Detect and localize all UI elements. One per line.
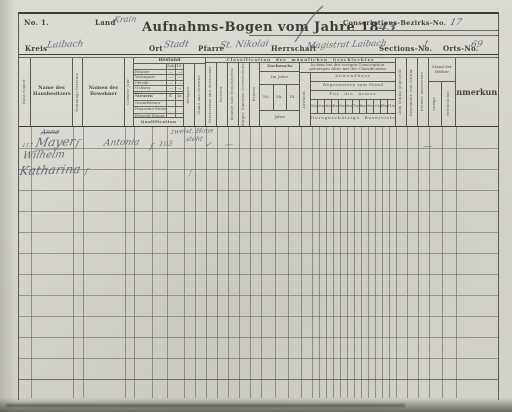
bestand-row-value: — <box>166 81 175 86</box>
age-label: 2te <box>318 104 324 109</box>
row1-owner-name: Mayer <box>34 134 77 150</box>
column-strangers: Fremde Anwesende <box>418 58 429 126</box>
age-group-top: In dem bei der vorigen Conscription gehö… <box>300 63 395 73</box>
column-house-number: Haus-Numer <box>19 58 31 126</box>
age-label: 4te <box>332 104 338 109</box>
women-col-single: Ledige <box>429 82 442 126</box>
age-label: 1te <box>311 104 317 109</box>
bestand-tax-col1: fl. <box>166 94 175 100</box>
bestand-upper-corner <box>134 64 166 69</box>
column-growth-label: Zuwachs <box>303 91 307 109</box>
row1-inhabitant-name: Antonia <box>103 137 141 148</box>
land-value-handwritten: Krain <box>113 15 137 25</box>
grid-row-line <box>19 274 498 275</box>
age-cell: 4te <box>332 100 339 113</box>
column-religion-label: Religion <box>187 87 191 104</box>
age-cell: 9te <box>367 100 374 113</box>
bestand-upper-col2: 18.. <box>175 64 183 69</box>
age-group-row3: Für die Armee <box>311 91 395 100</box>
age-group-row1: Anwendbare <box>311 73 395 82</box>
class-col-officials-label: Beamte und Honoratioren <box>231 68 235 120</box>
age-cell: Ehr <box>381 100 388 113</box>
column-religion: Religion <box>184 64 195 126</box>
anmerkung-label: Anmerkung <box>456 87 497 97</box>
conscription-district-value-handwritten: 17 <box>449 18 463 28</box>
bestand-row-value: — <box>175 70 183 75</box>
row1-qualification-line2: steht <box>185 135 203 144</box>
column-stand-label: Stand und Gewerbe <box>198 75 202 115</box>
bestand-tax-cell <box>175 101 183 107</box>
age-label: 9te <box>367 104 373 109</box>
class-col-farmers-label: Bauern <box>253 87 257 101</box>
nachwuchs-year: 18.. <box>276 95 284 100</box>
herrschaft-value-handwritten: Magistrat Laibach <box>306 39 388 52</box>
conscription-age-group: In dem bei der vorigen Conscription gehö… <box>300 63 395 126</box>
women-col-single-label: Ledige <box>433 97 437 111</box>
paper-edge-streak <box>6 404 405 407</box>
row3-owner-name: Katharina <box>18 162 82 178</box>
age-cell: 10te <box>374 100 381 113</box>
bestand-row-value: — <box>175 86 183 91</box>
age-group-footer-label: Altersgeschätzige Reservisten <box>311 116 395 121</box>
grid-row-line <box>19 232 498 233</box>
nachwuchs-sub: Im Jahre <box>260 72 299 85</box>
column-stand: Stand und Gewerbe <box>195 64 205 126</box>
right-block: Zum Militär abgestellt Beurlaubte vom Mi… <box>396 58 498 126</box>
column-strangers-label: Fremde Anwesende <box>421 72 425 111</box>
orts-value-handwritten: 69 <box>470 40 484 50</box>
bestand-row-value: — <box>175 81 183 86</box>
row1-house-number: 117 <box>21 143 33 149</box>
class-col-deceased: Verstorbene und Abwesende <box>206 63 217 126</box>
pfarre-value-handwritten: St. Nikolai <box>219 39 270 51</box>
bestand-tax-row: Hauszins-Steuer <box>134 107 166 113</box>
bestand-tax-cell <box>175 107 183 113</box>
kreis-label: Kreis <box>25 44 47 53</box>
class-col-officials: Beamte und Honoratioren <box>228 63 239 126</box>
age-cell: 3te <box>325 100 332 113</box>
nachwuchs-year: 18.. <box>289 95 297 100</box>
age-label: 10te <box>374 104 381 109</box>
bestand-row-label: Wohnpart. <box>134 75 166 80</box>
nachwuchs-footer: Jahre <box>260 111 299 124</box>
column-dwelling-parties: Wohnungs-Parteien <box>73 58 83 126</box>
age-group-row2-label: Wegzuweisen zum Stand <box>323 83 384 88</box>
age-cell: 6te <box>346 100 353 113</box>
grid-row-line <box>19 253 498 254</box>
bestand-upper-col1: Zahl <box>166 64 175 69</box>
grid-row-line <box>19 190 498 191</box>
age-cell: 5te <box>339 100 346 113</box>
form-border: No. 1. Land Krain Aufnahms-Bogen vom Jah… <box>18 12 499 400</box>
bestand-tax-title: Steuern <box>134 94 166 100</box>
age-label: 5te <box>339 104 345 109</box>
age-label: 11te <box>388 104 395 109</box>
column-inhabitants-label: Namen der Bewohner <box>85 86 122 97</box>
column-furloughed-label: Beurlaubte vom Militär <box>410 69 414 116</box>
conscription-district-box: Conscriptions-Bezirks-No. 17 <box>337 16 498 31</box>
nachwuchs-year-cell: 18.. <box>260 85 273 110</box>
class-col-farmers: Bauern <box>250 63 261 126</box>
column-growth: Zuwachs <box>300 73 311 126</box>
column-furloughed: Beurlaubte vom Militär <box>407 58 418 126</box>
nachwuchs-block: Nachwuchs Im Jahre 18.. 18.. 18.. Jahre <box>260 63 300 126</box>
grid-row-line <box>19 211 498 212</box>
row1-dash-right: — <box>423 142 433 153</box>
bestand-mini-tables: Zahl18.. Häuser—— Wohnpart.—— Pferde—— O… <box>134 64 184 126</box>
table-header: Haus-Numer Name des Hausbesitzers Wohnun… <box>19 58 498 127</box>
body-grid <box>19 127 498 398</box>
age-label: 6te <box>346 104 352 109</box>
age-label: 3te <box>325 104 331 109</box>
class-col-priests: Priester <box>217 63 228 126</box>
form-number: No. 1. <box>24 18 49 27</box>
bestand-title-label: Bestand <box>159 58 181 63</box>
bestand-upper-table: Zahl18.. Häuser—— Wohnpart.—— Pferde—— O… <box>134 64 183 94</box>
nachwuchs-title-label: Nachwuchs <box>267 64 293 69</box>
bestand-row-value: — <box>166 75 175 80</box>
age-label: 8te <box>360 104 366 109</box>
row1-number: 103 <box>158 140 173 148</box>
grid-row-line <box>19 316 498 317</box>
column-birth-year: Geburts-Jahr <box>125 58 134 126</box>
classification-title-label: Classification des männlichen Geschlecht… <box>227 58 375 62</box>
age-label: 7te <box>353 104 359 109</box>
column-owner-name: Name des Hausbesitzers <box>31 58 73 126</box>
age-cell: 11te <box>388 100 395 113</box>
column-house-number-label: Haus-Numer <box>23 79 27 104</box>
women-group-title: Stand der Weiber <box>429 58 455 82</box>
bestand-tax-cell <box>166 101 175 107</box>
bestand-row-label: Häuser <box>134 70 166 75</box>
class-col-burghers-label: Bürger, Künstler, Gewerbsleute <box>242 63 246 126</box>
age-label: Ehr <box>381 104 388 109</box>
bestand-tax-cell <box>166 107 175 113</box>
ort-value-handwritten: Stadt <box>163 40 190 51</box>
age-group-row1-label: Anwendbare <box>335 74 371 79</box>
class-col-deceased-label: Verstorbene und Abwesende <box>209 66 213 123</box>
age-cell: 7te <box>353 100 360 113</box>
bestand-tax-row: Grundsteuer <box>134 101 166 107</box>
paper-edge-shadow-left <box>0 0 16 412</box>
bestand-row-label: Ochsen <box>134 86 166 91</box>
bestand-tax-col2: kr. <box>175 94 183 100</box>
women-group-title-label: Stand der Weiber <box>430 65 455 74</box>
column-military: Zum Militär abgestellt <box>396 58 407 126</box>
nachwuchs-year-cell: 18.. <box>274 85 287 110</box>
age-group-row3-label: Für die Armee <box>329 92 376 97</box>
age-cell: 2te <box>318 100 325 113</box>
column-military-label: Zum Militär abgestellt <box>399 69 403 114</box>
age-group-footer: Altersgeschätzige Reservisten <box>311 114 395 124</box>
grid-row-line <box>19 337 498 338</box>
bestand-row-value: — <box>166 70 175 75</box>
grid-row-line <box>19 169 498 170</box>
bestand-row-value: — <box>175 75 183 80</box>
women-group: Stand der Weiber Ledige Verehelichte <box>429 58 456 126</box>
conscription-district-label: Conscriptions-Bezirks-No. <box>343 19 446 27</box>
bestand-row-label: Pferde <box>134 81 166 86</box>
bestand-row-value: — <box>166 86 175 91</box>
qualification-label: Qualification <box>141 120 177 125</box>
scanned-census-sheet: No. 1. Land Krain Aufnahms-Bogen vom Jah… <box>0 0 512 412</box>
anmerkung-column: Anmerkung <box>456 58 497 126</box>
class-col-burghers: Bürger, Künstler, Gewerbsleute <box>239 63 250 126</box>
column-dwelling-parties-label: Wohnungs-Parteien <box>76 73 80 112</box>
grid-row-line <box>19 379 498 380</box>
women-col-married-label: Verehelichte <box>447 91 451 116</box>
age-cell: 8te <box>360 100 367 113</box>
kreis-value-handwritten: Laibach <box>46 39 85 50</box>
qualification-footer: Qualification <box>134 118 183 126</box>
column-owner-name-label: Name des Hausbesitzers <box>33 86 70 97</box>
column-inhabitants: Namen der Bewohner <box>83 58 125 126</box>
age-group-top-label: In dem bei der vorigen Conscription gehö… <box>301 63 394 71</box>
nachwuchs-footer-label: Jahre <box>274 115 285 120</box>
ort-label: Ort <box>149 44 163 53</box>
row2-owner-name: Wilhelm <box>22 149 66 161</box>
bestand-block: Bestand Zahl18.. Häuser—— Wohnpart.—— Pf… <box>134 58 206 126</box>
women-col-married: Verehelichte <box>442 82 455 126</box>
nachwuchs-sub-label: Im Jahre <box>271 75 289 80</box>
classification-block: Classification des männlichen Geschlecht… <box>206 58 396 126</box>
nachwuchs-year: 18.. <box>263 95 271 100</box>
pen-slash-mark <box>287 4 331 44</box>
nachwuchs-title: Nachwuchs <box>260 63 299 72</box>
grid-row-line <box>19 295 498 296</box>
grid-row-line <box>19 358 498 359</box>
age-cell: 1te <box>311 100 318 113</box>
bestand-tax-table: Steuernfl.kr. Grundsteuer Hauszins-Steue… <box>134 94 183 118</box>
age-group-row2: Wegzuweisen zum Stand <box>311 82 395 91</box>
column-birth-year-label: Geburts-Jahr <box>127 79 131 105</box>
nachwuchs-year-cell: 18.. <box>287 85 299 110</box>
class-col-priests-label: Priester <box>220 86 224 102</box>
